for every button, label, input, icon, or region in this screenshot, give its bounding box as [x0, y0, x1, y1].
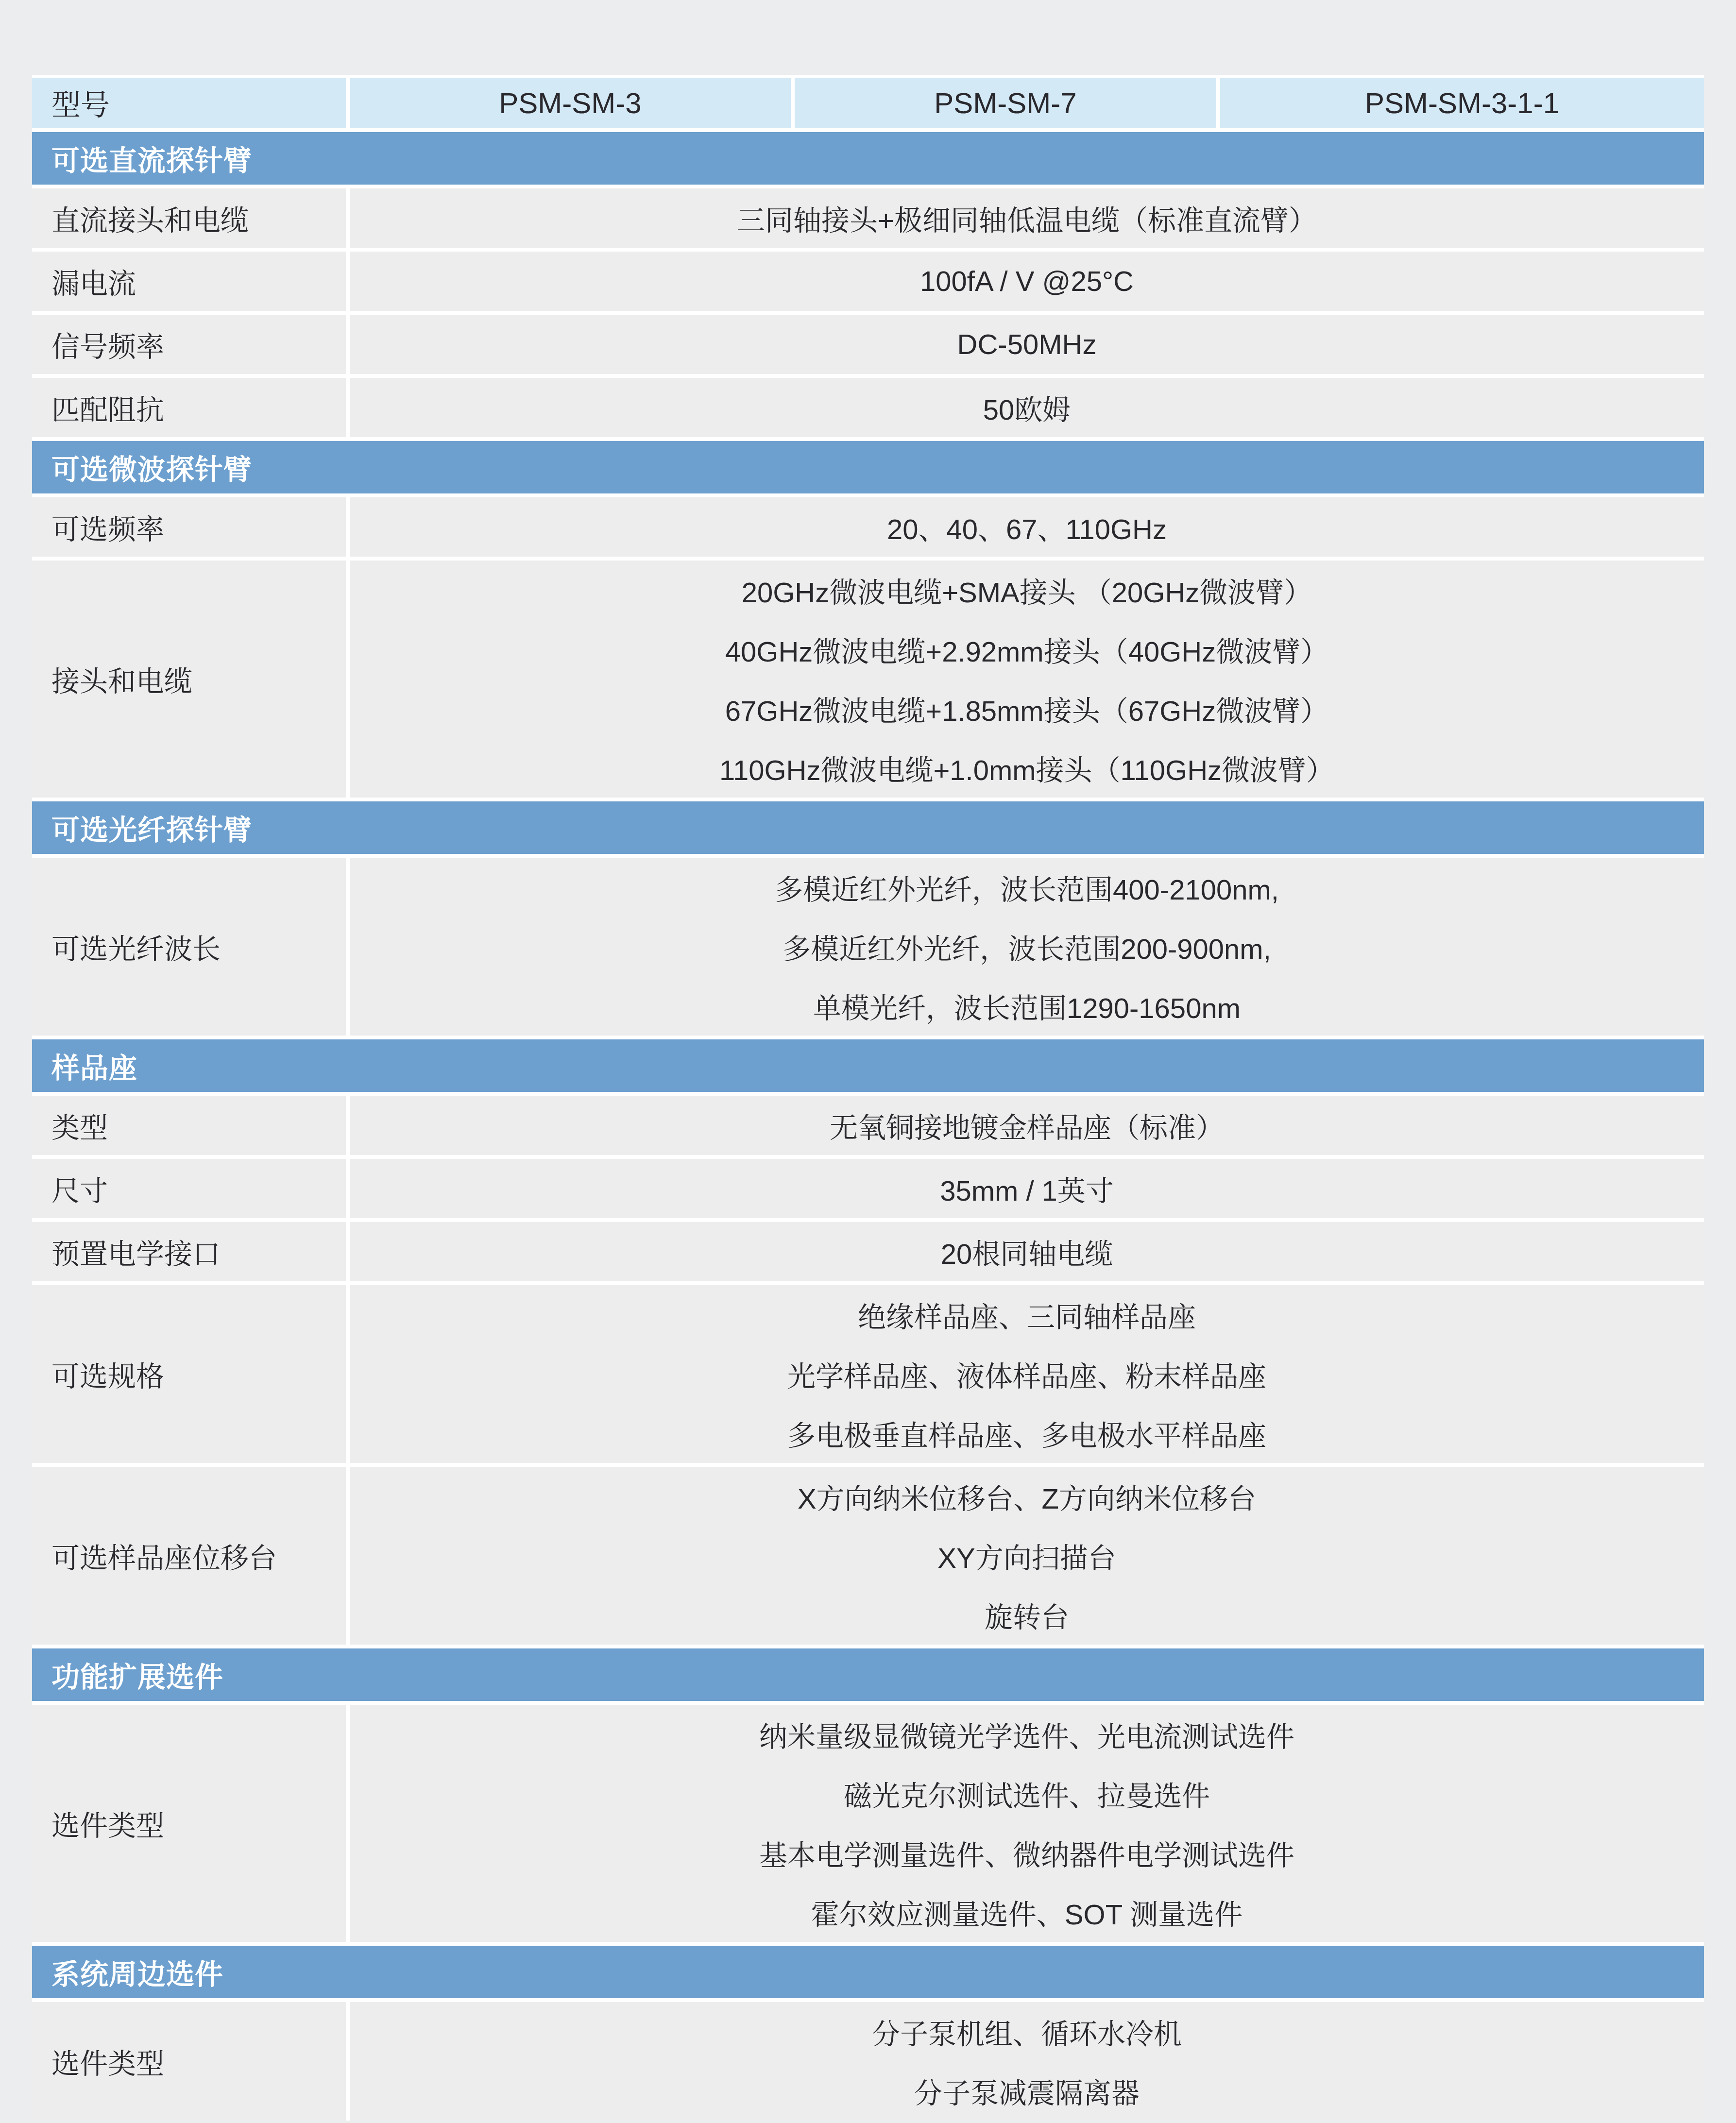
- row-value: 三同轴接头+极细同轴低温电缆（标准直流臂）: [350, 188, 1704, 248]
- section-title: 样品座: [51, 1045, 137, 1086]
- value-line: 光学样品座、液体样品座、粉末样品座: [350, 1344, 1704, 1404]
- section-title: 系统周边选件: [51, 1952, 223, 1992]
- spec-row: 选件类型分子泵机组、循环水冷机分子泵减震隔离器: [32, 2002, 1704, 2121]
- row-label: 可选频率: [32, 497, 346, 557]
- spec-row: 可选样品座位移台X方向纳米位移台、Z方向纳米位移台XY方向扫描台旋转台: [32, 1467, 1704, 1645]
- product-spec-table: 型号 PSM-SM-3 PSM-SM-7 PSM-SM-3-1-1 可选直流探针…: [32, 75, 1704, 2121]
- spec-row: 接头和电缆20GHz微波电缆+SMA接头 （20GHz微波臂）40GHz微波电缆…: [32, 560, 1704, 798]
- row-label: 直流接头和电缆: [32, 188, 346, 248]
- row-value: 20根同轴电缆: [350, 1222, 1704, 1281]
- row-label: 预置电学接口: [32, 1222, 346, 1281]
- section-header-6: 系统周边选件: [32, 1946, 1704, 1998]
- spec-row: 预置电学接口20根同轴电缆: [32, 1222, 1704, 1281]
- value-line: 分子泵机组、循环水冷机: [350, 2002, 1704, 2061]
- row-value: 多模近红外光纤，波长范围400-2100nm,多模近红外光纤，波长范围200-9…: [350, 858, 1704, 1036]
- row-value: 35mm / 1英寸: [350, 1159, 1704, 1218]
- section-title: 可选微波探针臂: [51, 447, 252, 488]
- row-value: 50欧姆: [350, 378, 1704, 437]
- value-line: 磁光克尔测试选件、拉曼选件: [350, 1764, 1704, 1823]
- row-value: 绝缘样品座、三同轴样品座光学样品座、液体样品座、粉末样品座多电极垂直样品座、多电…: [350, 1285, 1704, 1463]
- value-line: 分子泵减震隔离器: [350, 2061, 1704, 2121]
- value-line: 旋转台: [350, 1585, 1704, 1645]
- section-header-3: 可选光纤探针臂: [32, 801, 1704, 854]
- value-line: 多模近红外光纤，波长范围200-900nm,: [350, 917, 1704, 976]
- row-value: 分子泵机组、循环水冷机分子泵减震隔离器: [350, 2002, 1704, 2121]
- value-line: 绝缘样品座、三同轴样品座: [350, 1285, 1704, 1344]
- row-label: 漏电流: [32, 252, 346, 311]
- row-label: 可选光纤波长: [32, 858, 346, 1036]
- value-line: 多模近红外光纤，波长范围400-2100nm,: [350, 858, 1704, 917]
- value-line: 霍尔效应测量选件、SOT 测量选件: [350, 1883, 1704, 1942]
- value-line: 多电极垂直样品座、多电极水平样品座: [350, 1404, 1704, 1463]
- value-line: 三同轴接头+极细同轴低温电缆（标准直流臂）: [350, 188, 1704, 248]
- value-line: 67GHz微波电缆+1.85mm接头（67GHz微波臂）: [350, 679, 1704, 738]
- row-value: DC-50MHz: [350, 315, 1704, 374]
- section-title: 可选直流探针臂: [51, 138, 252, 179]
- row-value: 20GHz微波电缆+SMA接头 （20GHz微波臂）40GHz微波电缆+2.92…: [350, 560, 1704, 798]
- spec-row: 可选规格绝缘样品座、三同轴样品座光学样品座、液体样品座、粉末样品座多电极垂直样品…: [32, 1285, 1704, 1463]
- row-label: 选件类型: [32, 2002, 346, 2121]
- row-label: 类型: [32, 1096, 346, 1155]
- row-label: 信号频率: [32, 315, 346, 374]
- header-cell-model-2: PSM-SM-7: [795, 78, 1216, 128]
- spec-row: 匹配阻抗50欧姆: [32, 378, 1704, 437]
- row-label: 匹配阻抗: [32, 378, 346, 437]
- spec-row: 直流接头和电缆三同轴接头+极细同轴低温电缆（标准直流臂）: [32, 188, 1704, 248]
- value-line: X方向纳米位移台、Z方向纳米位移台: [350, 1467, 1704, 1526]
- value-line: DC-50MHz: [350, 315, 1704, 374]
- row-value: X方向纳米位移台、Z方向纳米位移台XY方向扫描台旋转台: [350, 1467, 1704, 1645]
- header-cell-model-label: 型号: [32, 78, 346, 128]
- model-header-row: 型号 PSM-SM-3 PSM-SM-7 PSM-SM-3-1-1: [32, 78, 1704, 128]
- value-line: 100fA / V @25°C: [350, 252, 1704, 311]
- spec-row: 漏电流100fA / V @25°C: [32, 252, 1704, 311]
- spec-row: 选件类型纳米量级显微镜光学选件、光电流测试选件磁光克尔测试选件、拉曼选件基本电学…: [32, 1705, 1704, 1942]
- value-line: 40GHz微波电缆+2.92mm接头（40GHz微波臂）: [350, 620, 1704, 679]
- row-value: 无氧铜接地镀金样品座（标准）: [350, 1096, 1704, 1155]
- value-line: 20、40、67、110GHz: [350, 497, 1704, 557]
- value-line: 110GHz微波电缆+1.0mm接头（110GHz微波臂）: [350, 738, 1704, 798]
- row-label: 尺寸: [32, 1159, 346, 1218]
- row-label: 接头和电缆: [32, 560, 346, 798]
- value-line: 35mm / 1英寸: [350, 1159, 1704, 1218]
- section-title: 可选光纤探针臂: [51, 807, 252, 848]
- row-value: 20、40、67、110GHz: [350, 497, 1704, 557]
- section-header-2: 可选微波探针臂: [32, 441, 1704, 493]
- section-title: 功能扩展选件: [51, 1654, 223, 1695]
- row-value: 纳米量级显微镜光学选件、光电流测试选件磁光克尔测试选件、拉曼选件基本电学测量选件…: [350, 1705, 1704, 1942]
- row-label: 选件类型: [32, 1705, 346, 1942]
- spec-row: 尺寸35mm / 1英寸: [32, 1159, 1704, 1218]
- value-line: 20GHz微波电缆+SMA接头 （20GHz微波臂）: [350, 560, 1704, 620]
- row-label: 可选规格: [32, 1285, 346, 1463]
- section-header-1: 可选直流探针臂: [32, 132, 1704, 185]
- spec-row: 可选光纤波长多模近红外光纤，波长范围400-2100nm,多模近红外光纤，波长范…: [32, 858, 1704, 1036]
- value-line: 基本电学测量选件、微纳器件电学测试选件: [350, 1823, 1704, 1883]
- value-line: XY方向扫描台: [350, 1526, 1704, 1585]
- value-line: 50欧姆: [350, 378, 1704, 437]
- spec-row: 可选频率20、40、67、110GHz: [32, 497, 1704, 557]
- spec-row: 类型无氧铜接地镀金样品座（标准）: [32, 1096, 1704, 1155]
- header-cell-model-1: PSM-SM-3: [350, 78, 791, 128]
- section-header-4: 样品座: [32, 1039, 1704, 1092]
- value-line: 无氧铜接地镀金样品座（标准）: [350, 1096, 1704, 1155]
- row-label: 可选样品座位移台: [32, 1467, 346, 1645]
- value-line: 20根同轴电缆: [350, 1222, 1704, 1281]
- header-cell-model-3: PSM-SM-3-1-1: [1220, 78, 1704, 128]
- section-header-5: 功能扩展选件: [32, 1648, 1704, 1701]
- row-value: 100fA / V @25°C: [350, 252, 1704, 311]
- value-line: 单模光纤，波长范围1290-1650nm: [350, 976, 1704, 1036]
- spec-row: 信号频率DC-50MHz: [32, 315, 1704, 374]
- value-line: 纳米量级显微镜光学选件、光电流测试选件: [350, 1705, 1704, 1764]
